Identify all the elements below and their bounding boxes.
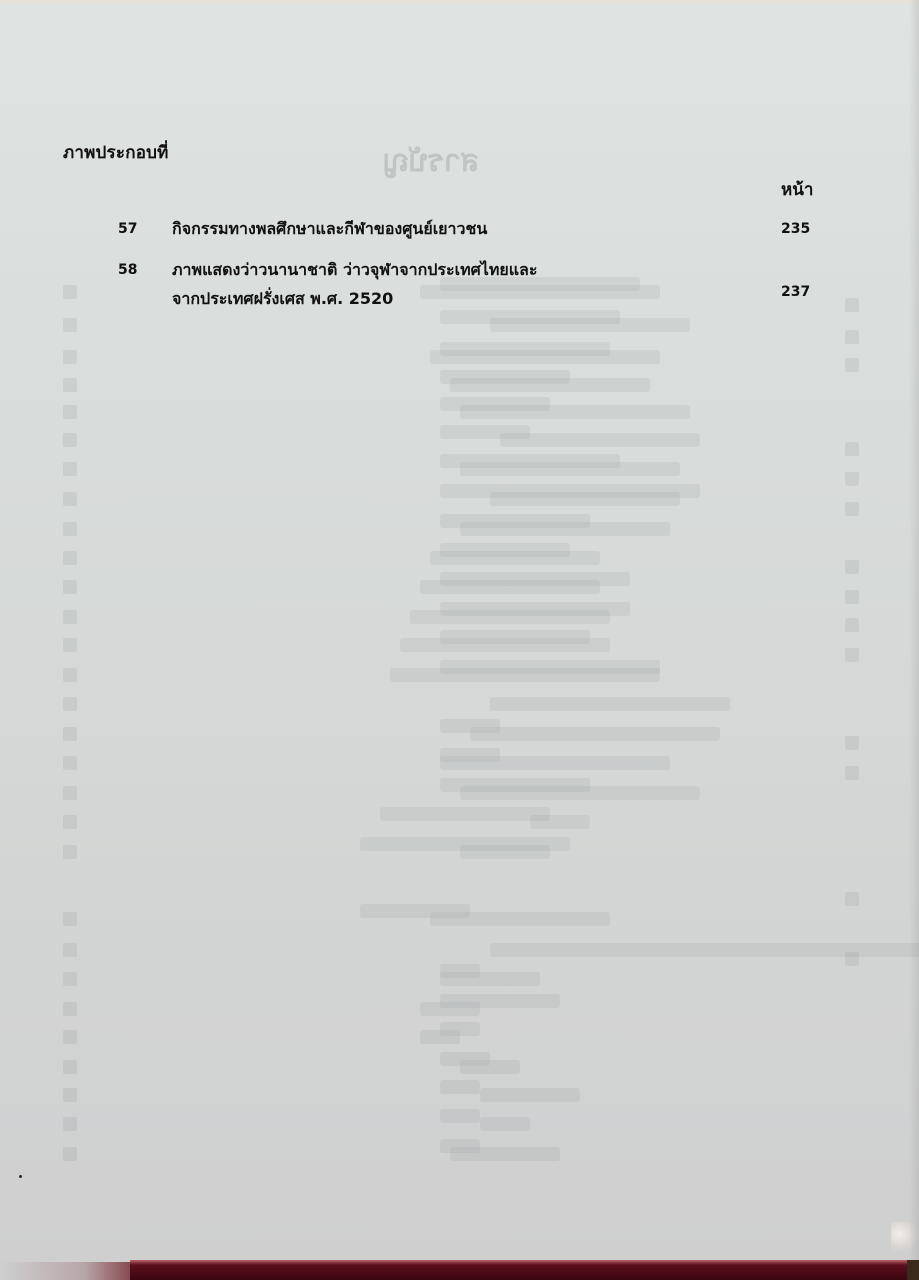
entry-title-line: จากประเทศฝรั่งเศส พ.ศ. 2520 xyxy=(172,284,732,313)
book-corner xyxy=(907,1260,919,1280)
entry-page-number: 235 xyxy=(781,221,810,237)
entry-title: กิจกรรมทางพลศึกษาและกีฬาของศูนย์เยาวชน xyxy=(172,214,732,243)
illustration-list: ภาพประกอบที่ หน้า 57 กิจกรรมทางพลศึกษาแล… xyxy=(0,0,919,1262)
book-cover-edge xyxy=(130,1260,919,1280)
entry-title: ภาพแสดงว่าวนานาชาติ ว่าวจุฬาจากประเทศไทย… xyxy=(172,255,732,313)
scanned-page: สารบัญ ภาพประกอบที่ หน้า 57 กิจกรรมทางพล… xyxy=(0,0,919,1262)
book-edge-left xyxy=(0,1262,140,1280)
entry-title-line: กิจกรรมทางพลศึกษาและกีฬาของศูนย์เยาวชน xyxy=(172,214,732,243)
entry-number: 57 xyxy=(118,221,137,237)
entry-title-line: ภาพแสดงว่าวนานาชาติ ว่าวจุฬาจากประเทศไทย… xyxy=(172,255,732,284)
page-column-header: หน้า xyxy=(781,176,813,203)
list-heading: ภาพประกอบที่ xyxy=(63,139,169,166)
page-corner-curl xyxy=(891,1222,919,1252)
dust-speck xyxy=(19,1175,22,1178)
entry-number: 58 xyxy=(118,262,137,278)
entry-page-number: 237 xyxy=(781,284,810,300)
